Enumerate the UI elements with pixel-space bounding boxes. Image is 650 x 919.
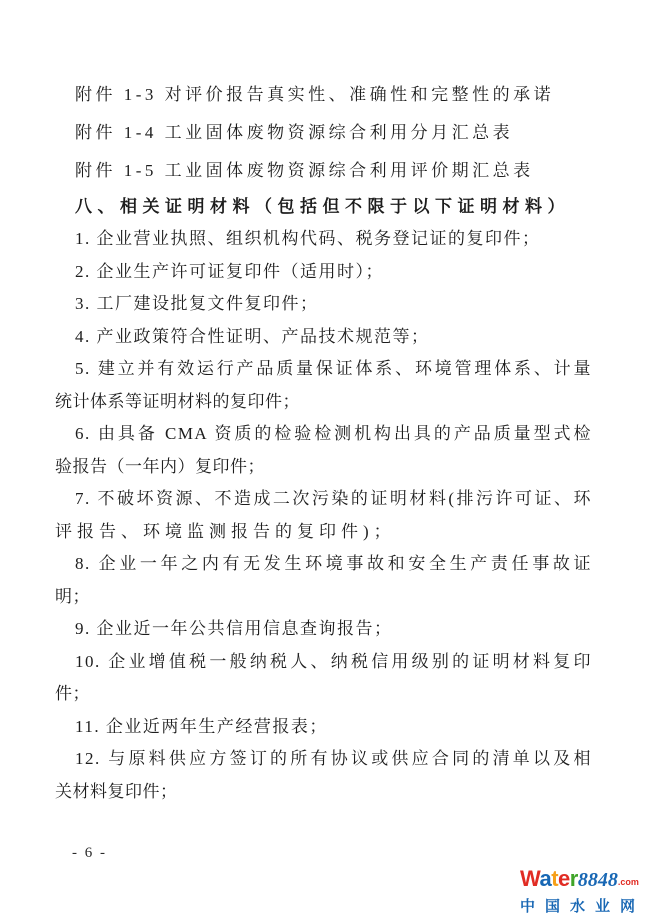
attachment-item-1-3: 附件 1-3 对评价报告真实性、准确性和完整性的承诺 <box>55 76 592 114</box>
list-item-8: 8. 企业一年之内有无发生环境事故和安全生产责任事故证 <box>55 548 592 581</box>
list-item-5-continuation: 统计体系等证明材料的复印件； <box>55 386 592 419</box>
list-item-4: 4. 产业政策符合性证明、产品技术规范等； <box>55 321 592 354</box>
list-item-12-continuation: 关材料复印件； <box>55 776 592 809</box>
attachment-item-1-5: 附件 1-5 工业固体废物资源综合利用评价期汇总表 <box>55 152 592 190</box>
section-heading: 八、相关证明材料（包括但不限于以下证明材料） <box>55 190 592 223</box>
list-item-12: 12. 与原料供应方签订的所有协议或供应合同的清单以及相 <box>55 743 592 776</box>
logo-letter-w: W <box>520 866 539 891</box>
list-item-5: 5. 建立并有效运行产品质量保证体系、环境管理体系、计量 <box>55 353 592 386</box>
document-body: 附件 1-3 对评价报告真实性、准确性和完整性的承诺 附件 1-4 工业固体废物… <box>55 76 592 808</box>
logo-com-suffix: .com <box>618 877 639 887</box>
list-item-11: 11. 企业近两年生产经营报表； <box>55 711 592 744</box>
page-number: - 6 - <box>72 845 107 862</box>
list-item-10-continuation: 件； <box>55 678 592 711</box>
list-item-1: 1. 企业营业执照、组织机构代码、税务登记证的复印件； <box>55 223 592 256</box>
logo-chinese-name: 中国水业网 <box>520 895 642 916</box>
list-item-2: 2. 企业生产许可证复印件（适用时）； <box>55 256 592 289</box>
list-item-6-continuation: 验报告（一年内）复印件； <box>55 451 592 484</box>
logo-letter-e: e <box>558 866 570 891</box>
document-page: 附件 1-3 对评价报告真实性、准确性和完整性的承诺 附件 1-4 工业固体废物… <box>0 0 650 919</box>
list-item-7-continuation: 评报告、环境监测报告的复印件)； <box>55 516 592 549</box>
logo-letter-r: r <box>570 866 578 891</box>
list-item-3: 3. 工厂建设批复文件复印件； <box>55 288 592 321</box>
list-item-6: 6. 由具备 CMA 资质的检验检测机构出具的产品质量型式检 <box>55 418 592 451</box>
list-item-10: 10. 企业增值税一般纳税人、纳税信用级别的证明材料复印 <box>55 646 592 679</box>
list-item-8-continuation: 明； <box>55 581 592 614</box>
logo-letter-t: t <box>551 866 558 891</box>
logo-wordmark: Water8848.com <box>520 867 642 894</box>
logo-number-8848: 8848 <box>578 869 618 891</box>
attachment-item-1-4: 附件 1-4 工业固体废物资源综合利用分月汇总表 <box>55 114 592 152</box>
water8848-logo: Water8848.com 中国水业网 <box>520 867 642 916</box>
list-item-7: 7. 不破坏资源、不造成二次污染的证明材料(排污许可证、环 <box>55 483 592 516</box>
logo-letter-a: a <box>539 866 551 891</box>
list-item-9: 9. 企业近一年公共信用信息查询报告； <box>55 613 592 646</box>
